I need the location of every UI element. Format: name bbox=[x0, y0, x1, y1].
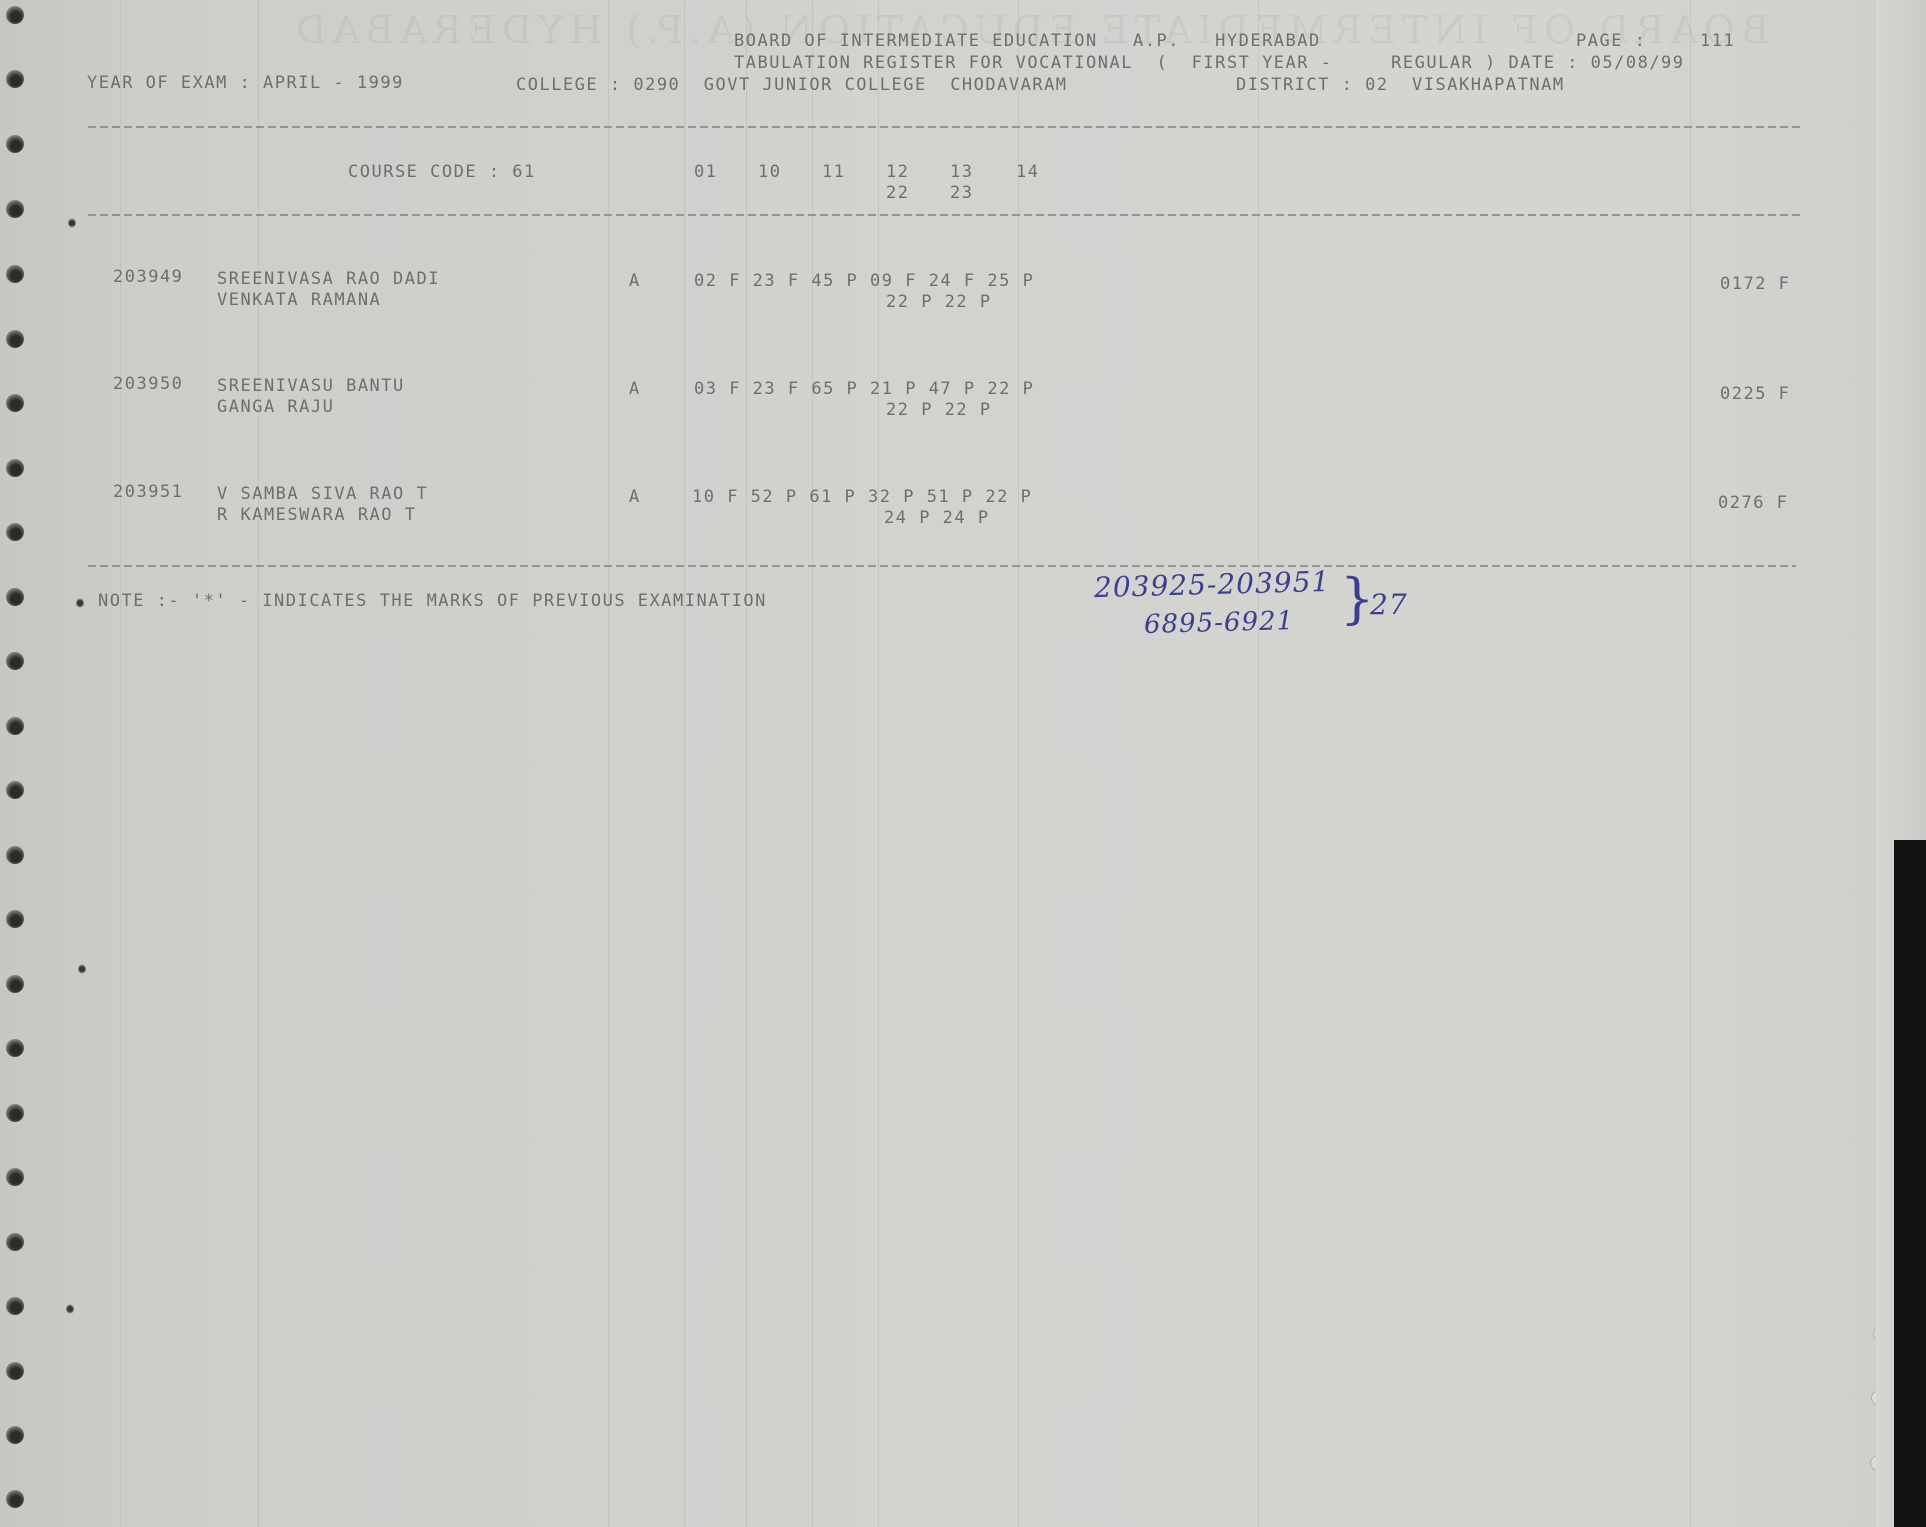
paper-speck bbox=[68, 218, 76, 228]
tractor-hole bbox=[6, 1426, 24, 1444]
separator-line bbox=[88, 126, 1800, 128]
handwritten-count: 27 bbox=[1370, 588, 1408, 621]
total-result: 0172 F bbox=[1720, 274, 1790, 295]
tractor-hole bbox=[6, 200, 24, 218]
tractor-hole bbox=[6, 6, 24, 24]
subject-code-01: 01 bbox=[694, 162, 717, 183]
subject-code-13: 13 bbox=[950, 162, 973, 183]
year-of-exam: YEAR OF EXAM : APRIL - 1999 bbox=[87, 73, 404, 94]
tractor-hole bbox=[6, 135, 24, 153]
student-name: SREENIVASU BANTU bbox=[217, 376, 405, 397]
tractor-hole bbox=[6, 394, 24, 412]
tractor-hole bbox=[6, 523, 24, 541]
total-result: 0225 F bbox=[1720, 384, 1790, 405]
category: A bbox=[629, 271, 641, 292]
tractor-hole bbox=[6, 717, 24, 735]
column-rule bbox=[1690, 0, 1691, 1527]
marks-row2: 22 P 22 P bbox=[886, 400, 992, 421]
register-page: BOARD OF INTERMEDIATE EDUCATION (A.P.) H… bbox=[0, 0, 1876, 1527]
subject-code-23: 23 bbox=[950, 183, 973, 204]
parent-name: VENKATA RAMANA bbox=[217, 290, 381, 311]
page-label: PAGE : bbox=[1576, 31, 1646, 52]
tractor-hole bbox=[6, 1490, 24, 1508]
parent-name: R KAMESWARA RAO T bbox=[217, 505, 417, 526]
tractor-hole bbox=[6, 265, 24, 283]
column-rule bbox=[746, 0, 747, 1527]
column-rule bbox=[878, 0, 879, 1527]
course-code: COURSE CODE : 61 bbox=[348, 162, 536, 183]
subject-code-10: 10 bbox=[758, 162, 781, 183]
tractor-hole bbox=[6, 846, 24, 864]
student-name: V SAMBA SIVA RAO T bbox=[217, 484, 428, 505]
subject-code-12: 12 bbox=[886, 162, 909, 183]
student-name: SREENIVASA RAO DADI bbox=[217, 269, 440, 290]
marks-row1: 02 F 23 F 45 P 09 F 24 F 25 P bbox=[694, 271, 1034, 292]
tractor-hole bbox=[6, 70, 24, 88]
column-rule bbox=[120, 0, 121, 1527]
marks-row2: 24 P 24 P bbox=[884, 508, 990, 529]
column-rule bbox=[1018, 0, 1019, 1527]
paper-speck bbox=[66, 1304, 74, 1314]
hall-ticket-number: 203950 bbox=[113, 374, 183, 395]
paper-speck bbox=[78, 964, 86, 974]
total-result: 0276 F bbox=[1718, 493, 1788, 514]
hall-ticket-number: 203949 bbox=[113, 267, 183, 288]
marks-row1: 10 F 52 P 61 P 32 P 51 P 22 P bbox=[692, 487, 1032, 508]
paper-speck bbox=[76, 598, 84, 608]
handwritten-range-hall-tickets: 203925-203951 bbox=[1094, 565, 1331, 604]
handwritten-range-serials: 6895-6921 bbox=[1144, 606, 1295, 640]
category: A bbox=[629, 487, 641, 508]
tractor-hole bbox=[6, 781, 24, 799]
column-rule bbox=[812, 0, 813, 1527]
tractor-hole bbox=[6, 1168, 24, 1186]
district-info: DISTRICT : 02 VISAKHAPATNAM bbox=[1236, 75, 1565, 96]
tractor-hole bbox=[6, 1233, 24, 1251]
tractor-hole bbox=[6, 652, 24, 670]
tractor-hole bbox=[6, 588, 24, 606]
board-title: BOARD OF INTERMEDIATE EDUCATION A.P. HYD… bbox=[734, 31, 1321, 52]
page-number: 111 bbox=[1700, 31, 1735, 52]
column-rule bbox=[608, 0, 609, 1527]
subject-code-22: 22 bbox=[886, 183, 909, 204]
tractor-hole bbox=[6, 975, 24, 993]
marks-row2: 22 P 22 P bbox=[886, 292, 992, 313]
tractor-hole bbox=[6, 1362, 24, 1380]
separator-line bbox=[88, 565, 1796, 567]
subject-code-11: 11 bbox=[822, 162, 845, 183]
tractor-hole bbox=[6, 1297, 24, 1315]
college-info: COLLEGE : 0290 GOVT JUNIOR COLLEGE CHODA… bbox=[516, 75, 1068, 96]
background-shadow bbox=[1894, 840, 1926, 1527]
separator-line bbox=[88, 214, 1800, 216]
tractor-hole bbox=[6, 330, 24, 348]
category: A bbox=[629, 379, 641, 400]
parent-name: GANGA RAJU bbox=[217, 397, 334, 418]
tractor-hole bbox=[6, 910, 24, 928]
tractor-hole bbox=[6, 1104, 24, 1122]
marks-row1: 03 F 23 F 65 P 21 P 47 P 22 P bbox=[694, 379, 1034, 400]
column-rule bbox=[684, 0, 685, 1527]
subject-code-14: 14 bbox=[1016, 162, 1039, 183]
register-title: TABULATION REGISTER FOR VOCATIONAL ( FIR… bbox=[734, 53, 1685, 74]
column-rule bbox=[1258, 0, 1259, 1527]
hall-ticket-number: 203951 bbox=[113, 482, 183, 503]
column-rule bbox=[258, 0, 259, 1527]
footer-note: NOTE :- '*' - INDICATES THE MARKS OF PRE… bbox=[98, 591, 767, 612]
tractor-hole bbox=[6, 1039, 24, 1057]
tractor-hole bbox=[6, 459, 24, 477]
